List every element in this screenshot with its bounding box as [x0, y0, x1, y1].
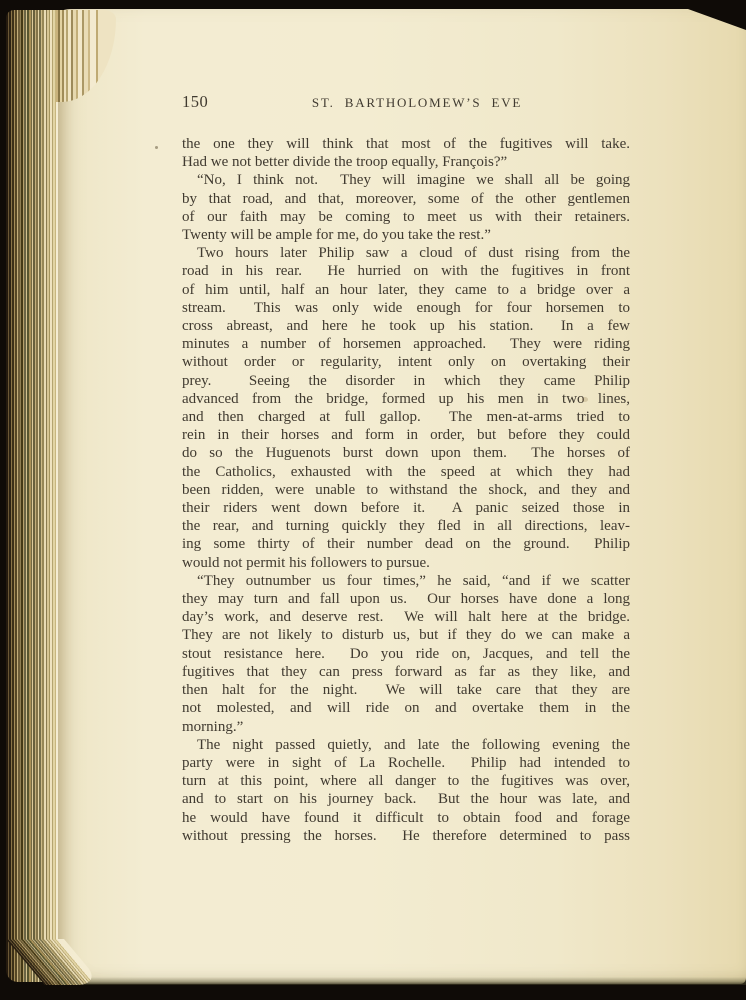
text-line: minutes a number of horsemen approached.…	[182, 335, 630, 353]
page-number: 150	[182, 92, 208, 112]
text-line: ing some thirty of their number dead on …	[182, 535, 630, 553]
text-line: their riders went down before it. A pani…	[182, 499, 630, 517]
text-line: rein in their horses and form in order, …	[182, 426, 630, 444]
text-line: and then charged at full gallop. The men…	[182, 408, 630, 426]
running-title: ST. BARTHOLOMEW’S EVE	[312, 95, 522, 111]
text-line: without order or regularity, intent only…	[182, 353, 630, 371]
page-text: the one they will think that most of the…	[182, 135, 630, 845]
text-line: They are not likely to disturb us, but i…	[182, 626, 630, 644]
text-line: he would have found it difficult to obta…	[182, 809, 630, 827]
text-line: by that road, and that, moreover, some o…	[182, 190, 630, 208]
text-line: fugitives that they can press forward as…	[182, 663, 630, 681]
text-line: of our faith may be coming to meet us wi…	[182, 208, 630, 226]
text-line: not molested, and will ride on and overt…	[182, 699, 630, 717]
text-line: would not permit his followers to pursue…	[182, 554, 630, 572]
text-line: the rear, and turning quickly they fled …	[182, 517, 630, 535]
text-line: cross abreast, and here he took up his s…	[182, 317, 630, 335]
text-line: stream. This was only wide enough for fo…	[182, 299, 630, 317]
text-line: “They outnumber us four times,” he said,…	[182, 572, 630, 590]
text-line: they may turn and fall upon us. Our hors…	[182, 590, 630, 608]
text-line: day’s work, and deserve rest. We will ha…	[182, 608, 630, 626]
text-line: road in his rear. He hurried on with the…	[182, 262, 630, 280]
book-scan: 150 ST. BARTHOLOMEW’S EVE the one they w…	[0, 0, 746, 1000]
page-header: 150 ST. BARTHOLOMEW’S EVE	[182, 92, 630, 114]
text-line: then halt for the night. We will take ca…	[182, 681, 630, 699]
top-right-shadow	[688, 9, 746, 30]
text-line: without pressing the horses. He therefor…	[182, 827, 630, 845]
text-line: advanced from the bridge, formed up his …	[182, 390, 630, 408]
text-line: party were in sight of La Rochelle. Phil…	[182, 754, 630, 772]
text-line: The night passed quietly, and late the f…	[182, 736, 630, 754]
foxing-spot	[155, 146, 158, 149]
text-line: “No, I think not. They will imagine we s…	[182, 171, 630, 189]
text-line: been ridden, were unable to withstand th…	[182, 481, 630, 499]
text-line: the one they will think that most of the…	[182, 135, 630, 153]
text-line: and to start on his journey back. But th…	[182, 790, 630, 808]
text-line: morning.”	[182, 718, 630, 736]
text-line: stout resistance here. Do you ride on, J…	[182, 645, 630, 663]
text-line: Two hours later Philip saw a cloud of du…	[182, 244, 630, 262]
text-line: do so the Huguenots burst down upon them…	[182, 444, 630, 462]
text-line: turn at this point, where all danger to …	[182, 772, 630, 790]
page-edge-stack	[6, 10, 58, 982]
text-line: prey. Seeing the disorder in which they …	[182, 372, 630, 390]
text-line: of him until, half an hour later, they c…	[182, 281, 630, 299]
foxing-spot	[582, 397, 588, 402]
text-line: Had we not better divide the troop equal…	[182, 153, 630, 171]
text-line: Twenty will be ample for me, do you take…	[182, 226, 630, 244]
text-line: the Catholics, exhausted with the speed …	[182, 463, 630, 481]
